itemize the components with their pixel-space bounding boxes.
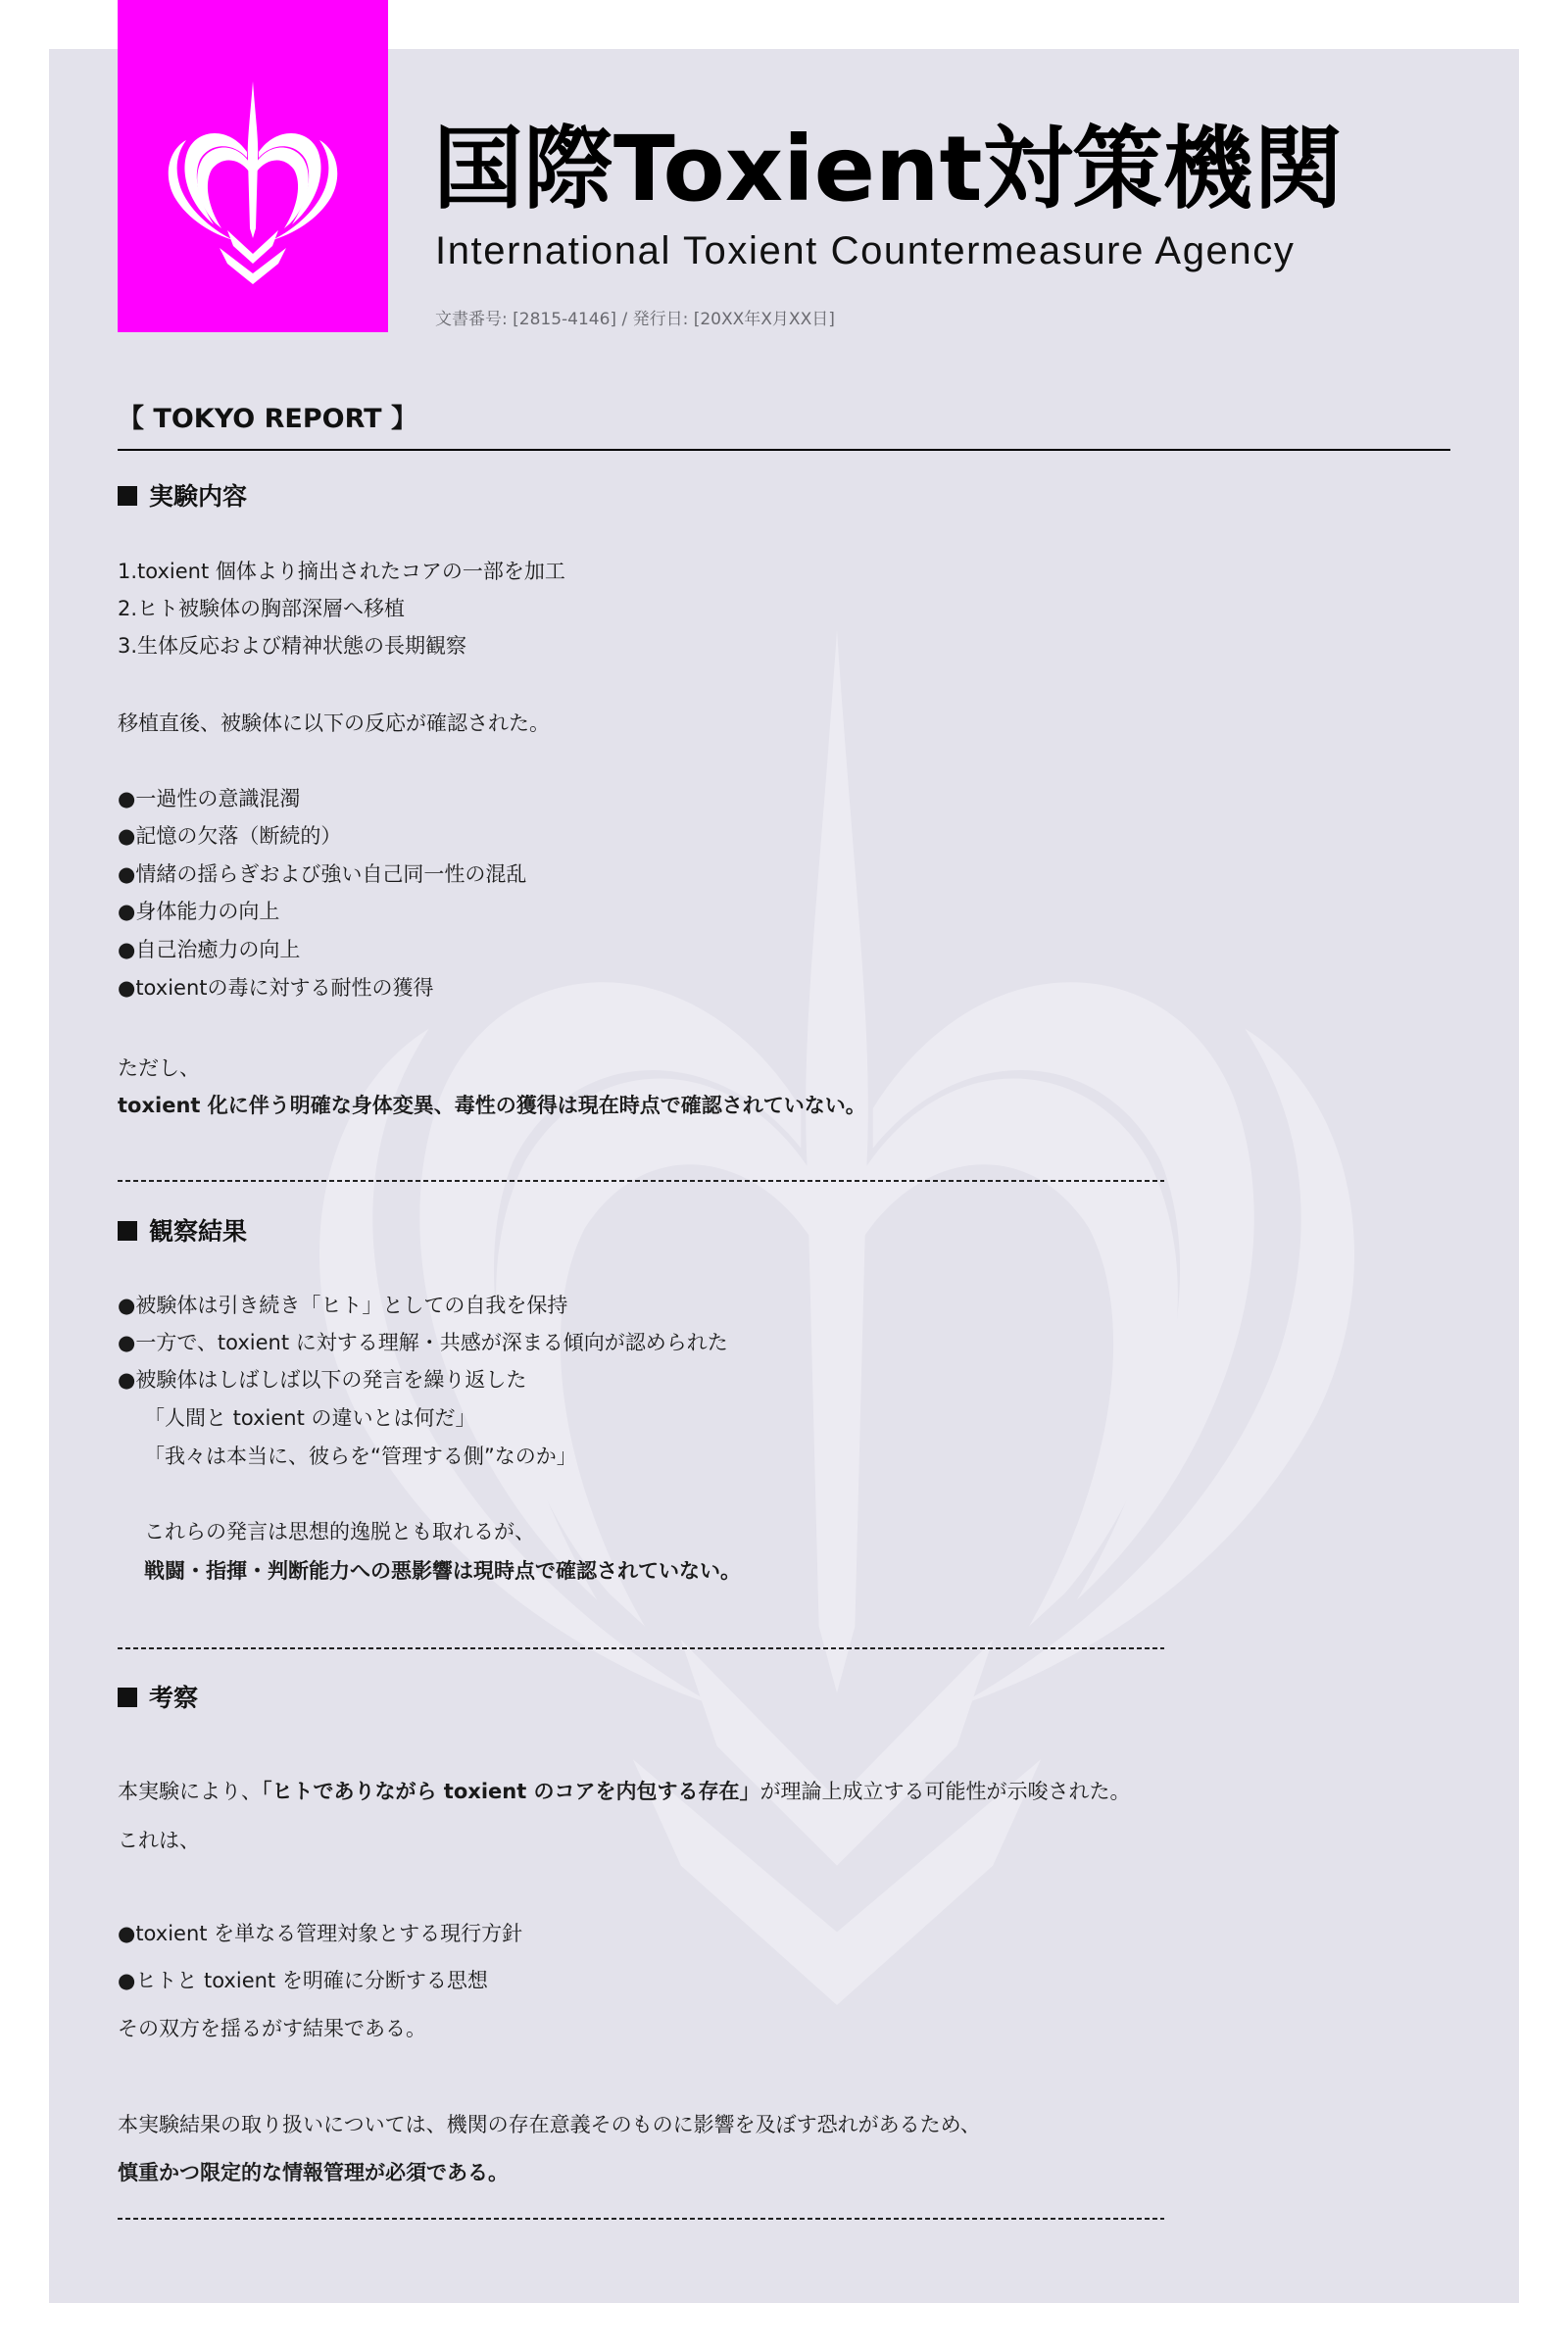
reaction-item: ●自己治癒力の向上: [118, 935, 300, 964]
agency-title: 国際Toxient対策機関: [433, 116, 1344, 223]
report-label: 【 TOKYO REPORT 】: [118, 402, 417, 437]
agency-logo: [118, 0, 388, 332]
section-heading-observation: 観察結果: [118, 1215, 247, 1249]
reaction-item: ●toxientの毒に対する耐性の獲得: [118, 973, 433, 1003]
agency-subtitle: International Toxient Countermeasure Age…: [435, 227, 1295, 274]
discussion-finding: 本実験により、「ヒトでありながら toxient のコアを内包する存在」が理論上…: [118, 1777, 1131, 1806]
square-bullet-icon: [118, 486, 137, 506]
section-heading-discussion: 考察: [118, 1682, 198, 1715]
subject-quote: 「我々は本当に、彼らを“管理する側”なのか」: [144, 1442, 577, 1471]
reaction-item: ●情緒の揺らぎおよび強い自己同一性の混乱: [118, 859, 526, 889]
observation-item: ●一方で、toxient に対する理解・共感が深まる傾向が認められた: [118, 1328, 728, 1357]
closing-emphasis: 慎重かつ限定的な情報管理が必須である。: [118, 2158, 509, 2187]
caveat-emphasis: toxient 化に伴う明確な身体変異、毒性の獲得は現在時点で確認されていない。: [118, 1091, 866, 1120]
finding-emphasis: 「ヒトでありながら toxient のコアを内包する存在」: [262, 1780, 760, 1803]
discussion-lead: これは、: [118, 1826, 200, 1855]
observation-note-emphasis: 戦闘・指揮・判断能力への悪影響は現時点で確認されていない。: [144, 1556, 741, 1586]
document-meta: 文書番号: [2815-4146] / 発行日: [20XX年X月XX日]: [435, 308, 835, 331]
observation-item: ●被験体はしばしば以下の発言を繰り返した: [118, 1365, 526, 1395]
closing-text: 本実験結果の取り扱いについては、機関の存在意義そのものに影響を及ぼす恐れがあるた…: [118, 2110, 981, 2139]
step-item: 3.生体反応および精神状態の長期観察: [118, 631, 466, 661]
reaction-item: ●一過性の意識混濁: [118, 784, 300, 813]
header-rule: [118, 449, 1450, 451]
finding-prefix: 本実験により、: [118, 1780, 262, 1803]
step-item: 2.ヒト被験体の胸部深層へ移植: [118, 594, 405, 623]
step-item: 1.toxient 個体より摘出されたコアの一部を加工: [118, 557, 565, 586]
reaction-item: ●記憶の欠落（断続的）: [118, 821, 341, 851]
discussion-item: ●ヒトと toxient を明確に分断する思想: [118, 1966, 488, 1995]
discussion-conclusion: その双方を揺るがす結果である。: [118, 2014, 426, 2043]
section-heading-experiment: 実験内容: [118, 480, 247, 514]
subject-quote: 「人間と toxient の違いとは何だ」: [144, 1403, 476, 1433]
square-bullet-icon: [118, 1221, 137, 1241]
section-heading-text: 観察結果: [149, 1217, 247, 1246]
section-divider: [118, 1180, 1164, 1182]
caveat-text: ただし、: [118, 1053, 200, 1083]
section-heading-text: 考察: [149, 1684, 198, 1712]
finding-suffix: が理論上成立する可能性が示唆された。: [760, 1780, 1131, 1803]
square-bullet-icon: [118, 1688, 137, 1707]
observation-item: ●被験体は引き続き「ヒト」としての自我を保持: [118, 1291, 567, 1320]
section-heading-text: 実験内容: [149, 482, 247, 511]
section-divider: [118, 1647, 1164, 1649]
observation-note: これらの発言は思想的逸脱とも取れるが、: [144, 1517, 535, 1546]
discussion-item: ●toxient を単なる管理対象とする現行方針: [118, 1919, 522, 1948]
heart-spike-emblem-icon: [165, 81, 341, 284]
section-divider: [118, 2218, 1164, 2220]
reaction-item: ●身体能力の向上: [118, 897, 279, 926]
reaction-intro: 移植直後、被験体に以下の反応が確認された。: [118, 709, 550, 738]
